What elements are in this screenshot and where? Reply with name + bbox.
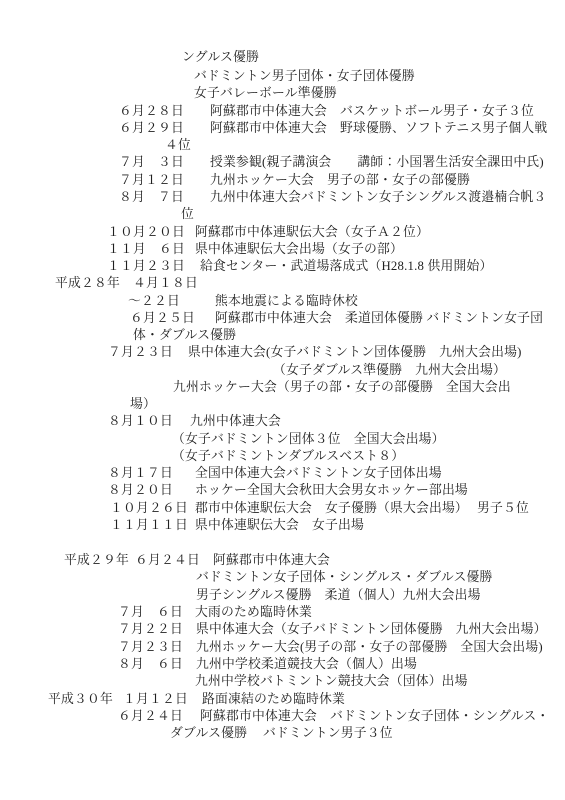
text-segment: 阿蘇郡市中体連大会 野球優勝、ソフトテニス男子個人戦: [210, 120, 547, 137]
text-segment: １月１２日: [123, 691, 188, 708]
text-line: ７月２３日九州ホッケー大会(男子の部・女子の部優勝 全国大会出場): [0, 639, 565, 656]
text-line: 平成２９年６月２４日阿蘇郡市中体連大会: [0, 552, 565, 569]
text-segment: 県中体連駅伝大会出場（女子の部）: [195, 241, 403, 258]
text-line: 場）: [0, 396, 565, 413]
text-segment: ４位: [165, 137, 191, 154]
text-segment: バドミントン男子団体・女子団体優勝: [194, 68, 415, 85]
text-segment: ７月２３日: [108, 344, 173, 361]
text-segment: 県中体連大会（女子バドミントン団体優勝 九州大会出場）: [196, 621, 547, 638]
text-line: 平成２８年４月１８日: [0, 275, 565, 292]
text-line: ８月１０日九州中体連大会: [0, 413, 565, 430]
text-segment: ６月２５日: [130, 310, 195, 327]
text-segment: ８月１７日: [108, 465, 173, 482]
text-segment: （女子バドミントン団体３位 全国大会出場）: [172, 431, 445, 448]
text-line: １０月２６日郡市中体連駅伝大会 女子優勝（県大会出場）男子５位: [0, 500, 565, 517]
text-line: ８月１７日全国中体連大会バドミントン女子団体出場: [0, 465, 565, 482]
text-line: （女子ダブルス準優勝 九州大会出場）: [0, 362, 565, 379]
text-segment: 男子シングルス優勝 柔道（個人）九州大会出場: [196, 587, 481, 604]
text-line: （女子バドミントンダブルスベスト８）: [0, 448, 565, 465]
text-segment: （女子バドミントンダブルスベスト８）: [172, 448, 404, 465]
text-segment: ７月２２日: [118, 621, 183, 638]
text-segment: １０月２０日: [107, 224, 185, 241]
text-segment: ６月２９日: [119, 120, 184, 137]
text-segment: （女子ダブルス準優勝 九州大会出場）: [273, 362, 506, 379]
text-line: ７月２３日県中体連大会(女子バドミントン団体優勝 九州大会出場): [0, 344, 565, 361]
text-segment: ６月２４日: [118, 708, 183, 725]
document-page: ングルス優勝バドミントン男子団体・女子団体優勝女子バレーボール準優勝６月２８日阿…: [0, 0, 565, 800]
text-line: ６月２５日阿蘇郡市中体連大会 柔道団体優勝 バドミントン女子団: [0, 310, 565, 327]
text-line: 九州中学校バトミントン競技大会（団体）出場: [0, 673, 565, 690]
text-line: ６月２９日阿蘇郡市中体連大会 野球優勝、ソフトテニス男子個人戦: [0, 120, 565, 137]
text-segment: 九州中学校柔道競技大会（個人）出場: [196, 656, 417, 673]
text-segment: ８月１０日: [108, 413, 173, 430]
text-line: （女子バドミントン団体３位 全国大会出場）: [0, 431, 565, 448]
text-segment: 県中体連大会(女子バドミントン団体優勝 九州大会出場): [188, 344, 522, 361]
text-line: 位: [0, 206, 565, 223]
text-segment: ８月２０日: [108, 482, 173, 499]
text-line: ７月２２日県中体連大会（女子バドミントン団体優勝 九州大会出場）: [0, 621, 565, 638]
text-line: ８月 ６日九州中学校柔道競技大会（個人）出場: [0, 656, 565, 673]
text-segment: バドミントン男子３位: [263, 725, 393, 742]
text-segment: ８月 ７日: [119, 189, 184, 206]
text-segment: ホッケー全国大会秋田大会男女ホッケー部出場: [195, 482, 468, 499]
text-line: バドミントン女子団体・シングルス・ダブルス優勝: [0, 569, 565, 586]
text-line: １１月１１日県中体連駅伝大会 女子出場: [0, 517, 565, 534]
text-line: ダブルス優勝バドミントン男子３位: [0, 725, 565, 742]
text-segment: 県中体連駅伝大会 女子出場: [195, 517, 364, 534]
text-segment: 郡市中体連駅伝大会 女子優勝（県大会出場）: [195, 500, 468, 517]
text-segment: 九州ホッケー大会（男子の部・女子の部優勝 全国大会出: [173, 379, 511, 396]
text-line: ングルス優勝: [0, 49, 565, 66]
text-line: ７月 ６日大雨のため臨時休業: [0, 604, 565, 621]
text-segment: 平成３０年: [48, 691, 113, 708]
text-segment: ダブルス優勝: [170, 725, 247, 742]
text-segment: 九州中学校バトミントン競技大会（団体）出場: [195, 673, 468, 690]
text-segment: 平成２９年: [64, 552, 129, 569]
text-segment: 阿蘇郡市中体連駅伝大会（女子Ａ２位）: [195, 224, 429, 241]
text-line: １１月２３日給食センター・武道場落成式（H28.1.8 供用開始）: [0, 258, 565, 275]
text-line: ４位: [0, 137, 565, 154]
text-segment: 阿蘇郡市中体連大会 バドミントン女子団体・シングルス・: [200, 708, 549, 725]
text-segment: ングルス優勝: [182, 49, 259, 66]
text-line: ７月 ３日授業参観(親子講演会 講師：小国署生活安全課田中氏): [0, 154, 565, 171]
text-line: 平成３０年１月１２日路面凍結のため臨時休業: [0, 691, 565, 708]
text-segment: 九州中体連大会: [190, 413, 281, 430]
text-segment: 給食センター・武道場落成式（H28.1.8 供用開始）: [200, 258, 492, 275]
text-line: ８月 ７日九州中体連大会バドミントン女子シングルス渡邉楠合帆３: [0, 189, 565, 206]
text-segment: １１月２３日: [107, 258, 185, 275]
text-segment: ８月 ６日: [118, 656, 183, 673]
text-segment: 阿蘇郡市中体連大会: [213, 552, 330, 569]
text-segment: 平成２８年: [55, 275, 120, 292]
text-line: 女子バレーボール準優勝: [0, 85, 565, 102]
text-segment: １１月１１日: [110, 517, 188, 534]
text-segment: 体・ダブルス優勝: [133, 327, 236, 344]
text-segment: 男子５位: [477, 500, 529, 517]
text-segment: 九州中体連大会バドミントン女子シングルス渡邉楠合帆３: [210, 189, 546, 206]
text-segment: ７月 ３日: [119, 154, 184, 171]
text-line: バドミントン男子団体・女子団体優勝: [0, 68, 565, 85]
text-segment: 授業参観(親子講演会 講師：小国署生活安全課田中氏): [210, 154, 544, 171]
text-segment: 位: [181, 206, 194, 223]
text-line: ～２２日熊本地震による臨時休校: [0, 293, 565, 310]
text-segment: 阿蘇郡市中体連大会 柔道団体優勝 バドミントン女子団: [215, 310, 543, 327]
text-segment: ６月２８日: [119, 103, 184, 120]
text-segment: 熊本地震による臨時休校: [215, 293, 358, 310]
text-line: ８月２０日ホッケー全国大会秋田大会男女ホッケー部出場: [0, 482, 565, 499]
text-segment: １０月２６日: [110, 500, 188, 517]
text-segment: 九州ホッケー大会(男子の部・女子の部優勝 全国大会出場): [196, 639, 543, 656]
text-segment: バドミントン女子団体・シングルス・ダブルス優勝: [196, 569, 492, 586]
text-segment: ６月２４日: [135, 552, 200, 569]
text-segment: 阿蘇郡市中体連大会 バスケットボール男子・女子３位: [210, 103, 534, 120]
text-segment: ７月２３日: [118, 639, 183, 656]
text-segment: 路面凍結のため臨時休業: [202, 691, 345, 708]
text-line: ６月２８日阿蘇郡市中体連大会 バスケットボール男子・女子３位: [0, 103, 565, 120]
text-line: ６月２４日阿蘇郡市中体連大会 バドミントン女子団体・シングルス・: [0, 708, 565, 725]
text-segment: ４月１８日: [133, 275, 198, 292]
text-line: １０月２０日阿蘇郡市中体連駅伝大会（女子Ａ２位）: [0, 224, 565, 241]
text-segment: ～２２日: [128, 293, 180, 310]
text-line: 九州ホッケー大会（男子の部・女子の部優勝 全国大会出: [0, 379, 565, 396]
text-segment: １１月 ６日: [107, 241, 185, 258]
text-segment: 全国中体連大会バドミントン女子団体出場: [195, 465, 442, 482]
text-segment: 場）: [130, 396, 156, 413]
text-segment: 九州ホッケー大会 男子の部・女子の部優勝: [210, 172, 470, 189]
text-line: ７月１２日九州ホッケー大会 男子の部・女子の部優勝: [0, 172, 565, 189]
text-segment: 大雨のため臨時休業: [195, 604, 312, 621]
text-line: １１月 ６日県中体連駅伝大会出場（女子の部）: [0, 241, 565, 258]
text-segment: 女子バレーボール準優勝: [194, 85, 337, 102]
text-line: 体・ダブルス優勝: [0, 327, 565, 344]
text-segment: ７月１２日: [119, 172, 184, 189]
text-segment: ７月 ６日: [118, 604, 183, 621]
text-line: 男子シングルス優勝 柔道（個人）九州大会出場: [0, 587, 565, 604]
